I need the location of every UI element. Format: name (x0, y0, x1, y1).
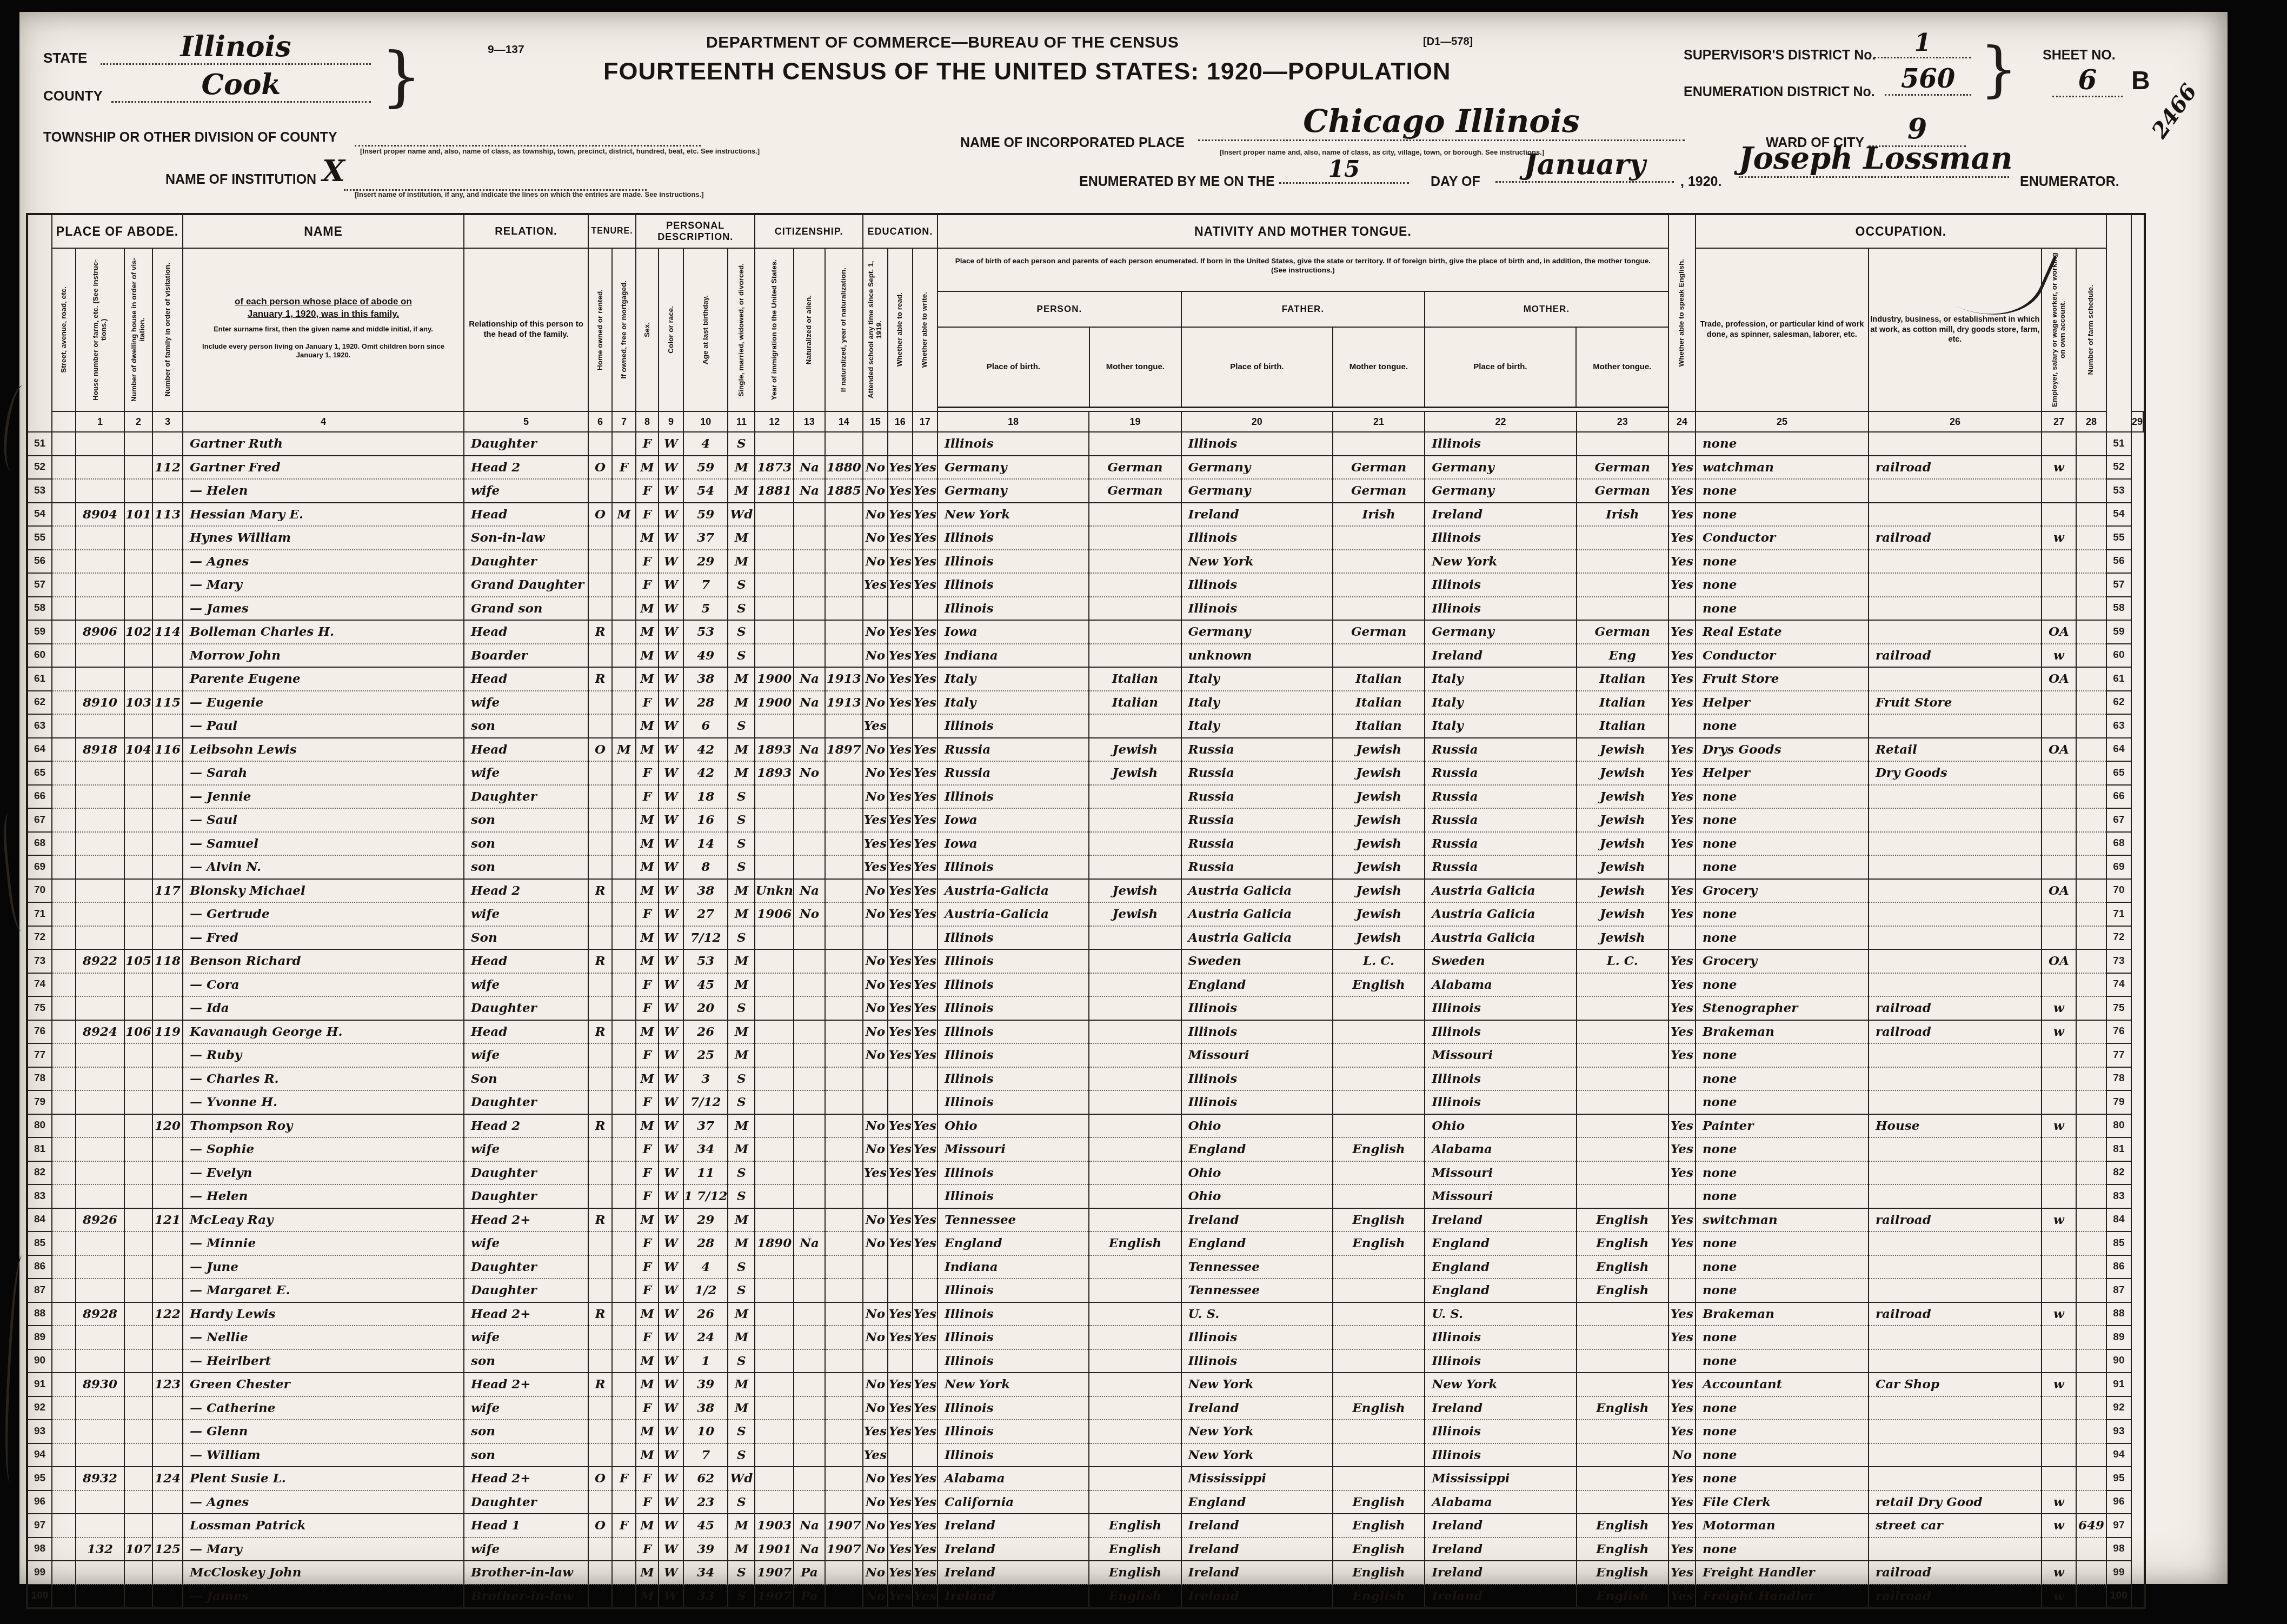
cell: 7/12 (683, 926, 728, 950)
cell (588, 1067, 612, 1091)
cell (588, 1184, 612, 1208)
cell (2042, 1443, 2076, 1467)
line-number: 65 (27, 761, 52, 785)
cell (1668, 1090, 1696, 1114)
cell (2076, 456, 2106, 480)
cell: 37 (683, 1114, 728, 1138)
cell: Fruit Store (1869, 691, 2042, 715)
cell (612, 1443, 636, 1467)
cell (152, 1349, 183, 1373)
cell: Italy (1425, 714, 1576, 738)
cell: Yes (888, 808, 913, 832)
cell: Jewish (1333, 855, 1425, 879)
cell: Yes (1668, 620, 1696, 644)
cell: 7 (683, 573, 728, 597)
cell: — Gertrude (183, 902, 464, 926)
cell (152, 1396, 183, 1420)
cell: wife (464, 761, 588, 785)
cell (755, 1467, 793, 1490)
cell: 114 (152, 620, 183, 644)
cell: W (659, 1090, 683, 1114)
cell: — Helen (183, 1184, 464, 1208)
cell: Yes (1668, 667, 1696, 691)
line-number: 96 (27, 1490, 52, 1514)
cell (2076, 1561, 2106, 1585)
cell (1333, 1302, 1425, 1326)
cell: Yes (913, 1232, 938, 1255)
cell: Ohio (1425, 1114, 1576, 1138)
district-brace: } (1980, 35, 2018, 104)
line-number: 79 (2106, 1090, 2131, 1114)
cell (76, 1255, 124, 1279)
cell: Russia (1181, 738, 1333, 762)
cell (825, 996, 863, 1020)
cell (2076, 526, 2106, 550)
cell (612, 1020, 636, 1044)
column-number: 4 (183, 411, 464, 432)
cell: 20 (683, 996, 728, 1020)
cell (825, 1184, 863, 1208)
cell: Fruit Store (1696, 667, 1869, 691)
cell: No (863, 1585, 888, 1609)
line-number: 83 (2106, 1184, 2131, 1208)
cell: No (863, 949, 888, 973)
table-row: 52112Gartner FredHead 2OFMW59M1873Na1880… (27, 456, 2145, 480)
cell: Germany (938, 479, 1089, 503)
cell: Yes (913, 855, 938, 879)
col8-header: If owned, free or mort­gaged. (612, 248, 636, 411)
cell (755, 1443, 793, 1467)
cell (588, 1137, 612, 1161)
line-number: 58 (2106, 597, 2131, 621)
cell: W (659, 1161, 683, 1185)
cell: Yes (913, 1538, 938, 1561)
cell (1577, 1184, 1668, 1208)
cell (2076, 1279, 2106, 1302)
cell: M (728, 1373, 755, 1396)
cell: W (659, 1561, 683, 1585)
cell (1577, 1443, 1668, 1467)
cell: R (588, 1114, 612, 1138)
cell: Yes (913, 973, 938, 997)
cell (1333, 1443, 1425, 1467)
cell (612, 550, 636, 574)
cell (2042, 691, 2076, 715)
cell: M (728, 738, 755, 762)
cell: English (1577, 1255, 1668, 1279)
cell (1089, 1090, 1181, 1114)
cell: none (1696, 1161, 1869, 1185)
cell (2076, 550, 2106, 574)
cell (152, 1279, 183, 1302)
cell (612, 432, 636, 456)
cell: 49 (683, 644, 728, 668)
line-number: 82 (27, 1161, 52, 1185)
cell (1089, 1467, 1181, 1490)
cell (755, 785, 793, 809)
cell: Russia (938, 761, 1089, 785)
cell: Daughter (464, 1490, 588, 1514)
cell: Painter (1696, 1114, 1869, 1138)
cell: Yes (1668, 1302, 1696, 1326)
occupation-industry-desc: Industry, business, or estab­lishment in… (1869, 248, 2042, 411)
col13-header: Year of immi­gra­tion to the Unit­ed Sta… (755, 248, 793, 411)
cell: M (636, 644, 659, 668)
cell (52, 1467, 76, 1490)
cell: S (728, 644, 755, 668)
cell: Boarder (464, 644, 588, 668)
cell (1577, 573, 1668, 597)
cell (124, 1279, 152, 1302)
cell (124, 1585, 152, 1609)
cell: M (728, 1232, 755, 1255)
cell: F (636, 432, 659, 456)
cell: No (863, 761, 888, 785)
cell (755, 1373, 793, 1396)
cell (2076, 761, 2106, 785)
cell (913, 597, 938, 621)
cell: S (728, 432, 755, 456)
cell: Illinois (938, 996, 1089, 1020)
cell (52, 973, 76, 997)
cell: No (863, 996, 888, 1020)
cell: Yes (1668, 1020, 1696, 1044)
cell: W (659, 1467, 683, 1490)
cell (2076, 503, 2106, 527)
cell (2076, 1490, 2106, 1514)
cell (588, 573, 612, 597)
cell: Alabama (1425, 1490, 1576, 1514)
cell (612, 620, 636, 644)
cell (1577, 1161, 1668, 1185)
cell (1089, 550, 1181, 574)
cell (1668, 1067, 1696, 1091)
cell: — Sophie (183, 1137, 464, 1161)
cell: Leibsohn Lewis (183, 738, 464, 762)
cell: Head 2 (464, 879, 588, 903)
cell: Yes (913, 1585, 938, 1609)
cell (76, 1067, 124, 1091)
cell: Na (794, 456, 825, 480)
group-tenure: TENURE. (588, 214, 636, 248)
cell (794, 1373, 825, 1396)
cell: — Nellie (183, 1326, 464, 1349)
cell: Tennessee (1181, 1279, 1333, 1302)
cell (913, 1443, 938, 1467)
cell (124, 1043, 152, 1067)
cell: Yes (913, 785, 938, 809)
table-row: 56— AgnesDaughterFW29MNoYesYesIllinoisNe… (27, 550, 2145, 574)
cell: Yes (1668, 1137, 1696, 1161)
cell (124, 1490, 152, 1514)
line-number: 73 (2106, 949, 2131, 973)
cell: w (2042, 1490, 2076, 1514)
cell (863, 1279, 888, 1302)
cell: Irish (1577, 503, 1668, 527)
cell: none (1696, 855, 1869, 879)
cell: 34 (683, 1137, 728, 1161)
enumerator-signature: Joseph Lossman (1739, 141, 2009, 178)
cell: Brakeman (1696, 1302, 1869, 1326)
cell (52, 597, 76, 621)
person-tongue-label: Mother tongue. (1089, 327, 1181, 408)
cell (2076, 1090, 2106, 1114)
cell (2042, 1067, 2076, 1091)
cell: 122 (152, 1302, 183, 1326)
cell: w (2042, 1208, 2076, 1232)
col11-label: Age at last birth­day. (701, 292, 711, 368)
col18-header: Whether able to write. (913, 248, 938, 411)
table-row: 738922105118Benson RichardHeadRMW53MNoYe… (27, 949, 2145, 973)
cell: Gartner Fred (183, 456, 464, 480)
line-number: 88 (2106, 1302, 2131, 1326)
cell: — Glenn (183, 1420, 464, 1443)
cell (794, 1137, 825, 1161)
cell: — Helen (183, 479, 464, 503)
cell (1869, 1255, 2042, 1279)
column-number: 5 (464, 411, 588, 432)
cell: wife (464, 1396, 588, 1420)
cell: Head (464, 1020, 588, 1044)
cell (1869, 1232, 2042, 1255)
cell: Russia (1181, 785, 1333, 809)
cell (1089, 1302, 1181, 1326)
cell: M (636, 738, 659, 762)
cell (1869, 1396, 2042, 1420)
cell: M (728, 1326, 755, 1349)
line-number: 93 (27, 1420, 52, 1443)
line-number: 92 (2106, 1396, 2131, 1420)
cell: Italian (1577, 714, 1668, 738)
cell: 45 (683, 1514, 728, 1538)
cell (124, 526, 152, 550)
cell: 39 (683, 1373, 728, 1396)
institution-hint: [Insert name of institution, if any, and… (355, 190, 704, 198)
cell: Illinois (1425, 1349, 1576, 1373)
cell: S (728, 785, 755, 809)
cell: F (636, 550, 659, 574)
cell: 26 (683, 1020, 728, 1044)
place-label: NAME OF INCORPORATED PLACE (960, 135, 1185, 151)
cell: R (588, 620, 612, 644)
column-number: 13 (794, 411, 825, 432)
cell (825, 432, 863, 456)
cell (52, 1561, 76, 1585)
cell: Yes (913, 1137, 938, 1161)
cell (755, 1184, 793, 1208)
cell (152, 1490, 183, 1514)
column-number: 20 (1181, 411, 1333, 432)
cell: Ohio (1181, 1161, 1333, 1185)
cell: M (636, 1302, 659, 1326)
cell (76, 1279, 124, 1302)
cell: English (1089, 1514, 1181, 1538)
col29-header: Num­ber of farm sched­ule. (2076, 248, 2106, 411)
cell (152, 1585, 183, 1609)
col7-header: Home owned or rented. (588, 248, 612, 411)
cell (152, 973, 183, 997)
column-number: 29 (2131, 411, 2143, 432)
line-number: 64 (27, 738, 52, 762)
table-row: 69— Alvin N.sonMW8SYesYesYesIllinoisRuss… (27, 855, 2145, 879)
cell (1333, 1161, 1425, 1185)
cell: R (588, 1373, 612, 1396)
cell: England (1181, 973, 1333, 997)
line-number: 53 (2106, 479, 2131, 503)
cell: 59 (683, 503, 728, 527)
table-row: 60Morrow JohnBoarderMW49SNoYesYesIndiana… (27, 644, 2145, 668)
cell (52, 1043, 76, 1067)
cell (2042, 785, 2076, 809)
group-occupation: OCCUPATION. (1696, 214, 2106, 248)
table-row: 72— FredSonMW7/12SIllinoisAustria Galici… (27, 926, 2145, 950)
cell (825, 1255, 863, 1279)
cell (2076, 1349, 2106, 1373)
cell (588, 855, 612, 879)
cell: Illinois (1181, 1020, 1333, 1044)
cell (825, 832, 863, 856)
cell (1869, 785, 2042, 809)
cell: 29 (683, 1208, 728, 1232)
cell (152, 1067, 183, 1091)
cell: OA (2042, 667, 2076, 691)
cell: Germany (1181, 456, 1333, 480)
cell: Yes (913, 1020, 938, 1044)
cell: Jewish (1577, 785, 1668, 809)
state-value: Illinois (101, 30, 371, 65)
township-hint: [Insert proper name and, also, name of c… (360, 147, 760, 155)
cell (1089, 503, 1181, 527)
line-number: 56 (27, 550, 52, 574)
state-label: STATE (43, 50, 87, 66)
cell: F (636, 1090, 659, 1114)
cell: Yes (913, 503, 938, 527)
line-number: 59 (27, 620, 52, 644)
line-number: 72 (2106, 926, 2131, 950)
cell: 123 (152, 1373, 183, 1396)
cell: — Catherine (183, 1396, 464, 1420)
cell: Iowa (938, 832, 1089, 856)
cell (52, 1184, 76, 1208)
cell (124, 879, 152, 903)
cell: 1907 (825, 1538, 863, 1561)
cell (52, 738, 76, 762)
cell: Illinois (938, 1043, 1089, 1067)
line-number: 69 (27, 855, 52, 879)
cell: Jewish (1577, 926, 1668, 950)
cell: Ireland (1425, 1561, 1576, 1585)
cell: No (1668, 1443, 1696, 1467)
col4-label: Num­ber of family in order of vis­itatio… (163, 259, 173, 400)
cell: 14 (683, 832, 728, 856)
cell: Yes (863, 1420, 888, 1443)
cell: Italian (1089, 667, 1181, 691)
cell (612, 855, 636, 879)
cell: W (659, 1373, 683, 1396)
cell (612, 1326, 636, 1349)
cell (1577, 1326, 1668, 1349)
cell: W (659, 1255, 683, 1279)
cell: w (2042, 526, 2076, 550)
line-number: 81 (2106, 1137, 2131, 1161)
cell: Ohio (1181, 1184, 1333, 1208)
cell: No (863, 1326, 888, 1349)
table-row: 53— HelenwifeFW54M1881Na1885NoYesYesGerm… (27, 479, 2145, 503)
cell: Ireland (938, 1585, 1089, 1609)
cell (588, 973, 612, 997)
cell: F (636, 1490, 659, 1514)
cell (1577, 1420, 1668, 1443)
cell: M (636, 855, 659, 879)
cell (152, 996, 183, 1020)
cell (588, 1255, 612, 1279)
cell (2076, 855, 2106, 879)
cell (755, 808, 793, 832)
cell: Yes (1668, 761, 1696, 785)
cell: House (1869, 1114, 2042, 1138)
cell (124, 1137, 152, 1161)
cell (588, 644, 612, 668)
cell: Yes (1668, 503, 1696, 527)
line-number: 74 (2106, 973, 2131, 997)
cell: son (464, 832, 588, 856)
cell: Yes (1668, 1208, 1696, 1232)
cell (612, 573, 636, 597)
cell (1577, 1467, 1668, 1490)
cell: Russia (1181, 832, 1333, 856)
cell: No (863, 1490, 888, 1514)
cell (2076, 1043, 2106, 1067)
cell: none (1696, 503, 1869, 527)
cell (1333, 1090, 1425, 1114)
cell (52, 879, 76, 903)
cell (1333, 1467, 1425, 1490)
cell: 6 (683, 714, 728, 738)
cell: S (728, 1585, 755, 1609)
cell (755, 1020, 793, 1044)
cell (1089, 1443, 1181, 1467)
line-number: 90 (27, 1349, 52, 1373)
cell: New York (1181, 550, 1333, 574)
cell (888, 1279, 913, 1302)
cell (1577, 973, 1668, 997)
cell: Na (794, 667, 825, 691)
group-personal-description: PERSONAL DESCRIPTION. (636, 214, 755, 248)
table-row: 93— GlennsonMW10SYesYesYesIllinoisNew Yo… (27, 1420, 2145, 1443)
col14-label: Natu­ralized or alien. (804, 292, 814, 368)
cell: O (588, 738, 612, 762)
cell: Jewish (1577, 879, 1668, 903)
col25-label: Whether able to speak English. (1677, 256, 1687, 370)
cell (913, 1255, 938, 1279)
sheet-header: 9—137 [D1—578] DEPARTMENT OF COMMERCE—BU… (19, 12, 2228, 213)
cell: F (636, 973, 659, 997)
cell: Yes (1668, 808, 1696, 832)
cell: Austria Galicia (1181, 926, 1333, 950)
cell: W (659, 573, 683, 597)
cell: Jewish (1089, 879, 1181, 903)
col10-header: Color or race. (659, 248, 683, 411)
cell: — Samuel (183, 832, 464, 856)
line-number: 67 (2106, 808, 2131, 832)
cell (612, 949, 636, 973)
line-number: 70 (2106, 879, 2131, 903)
cell: W (659, 808, 683, 832)
table-row: 66— JennieDaughterFW18SNoYesYesIllinoisR… (27, 785, 2145, 809)
cell: R (588, 879, 612, 903)
cell: Illinois (1425, 1020, 1576, 1044)
cell: W (659, 949, 683, 973)
